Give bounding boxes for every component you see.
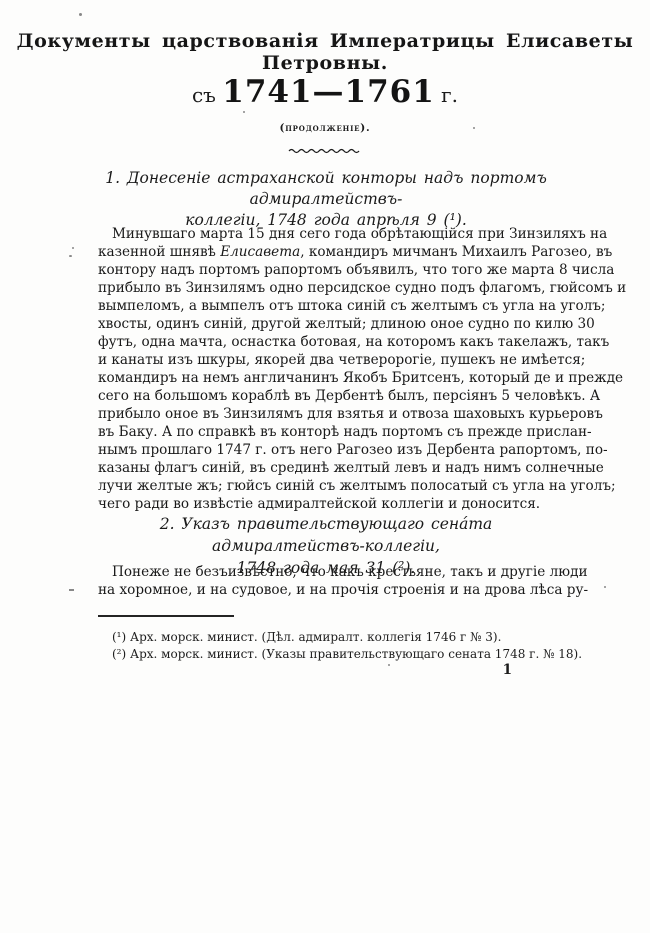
text-line: прибыло оное въ Зинзилямъ для взятья и о… [98,405,554,423]
text-line: командиръ на немъ англичанинъ Якобъ Брит… [98,369,554,387]
section-1-heading: 1. Донесеніе астраханской конторы надъ п… [98,168,554,231]
page-title: Документы царствованія Императрицы Елиса… [0,30,650,74]
date-suffix: г. [435,83,458,107]
footnotes: (¹) Арх. морск. минист. (Дѣл. адмиралт. … [98,629,554,662]
text-line: (¹) Арх. морск. минист. (Дѣл. адмиралт. … [98,629,554,646]
text-line: хвосты, одинъ синій, другой желтый; длин… [98,315,554,333]
scanned-book-page: Документы царствованія Императрицы Елиса… [0,0,650,933]
section-2-paragraph: Понеже не безъизвѣстно, что какъ крестья… [98,563,554,599]
wavy-divider-icon [288,147,362,155]
page-number: 1 [98,662,554,678]
text-line: 1. Донесеніе астраханской конторы надъ п… [98,168,554,210]
text-line: (²) Арх. морск. минист. (Указы правитель… [98,646,554,663]
section-1-paragraph: Минувшаго марта 15 дня сего года обрѣтаю… [98,225,554,513]
wavy-divider [0,147,650,155]
date-range: съ 1741—1761 г. [0,74,650,110]
text-line: лучи желтые жъ; гюйсъ синій съ желтымъ п… [98,477,554,495]
scan-speck [473,127,475,129]
text-line: прибыло въ Зинзилямъ одно персидское суд… [98,279,554,297]
text-line: чего ради во извѣстіе адмиралтейской кол… [98,495,554,513]
text-line: футъ, одна мачта, оснастка ботовая, на к… [98,333,554,351]
date-years: 1741—1761 [222,74,435,110]
scan-speck [69,255,72,257]
text-line: сего на большомъ кораблѣ въ Дербентѣ был… [98,387,554,405]
text-line: въ Баку. А по справкѣ въ конторѣ надъ по… [98,423,554,441]
text-line: вымпеломъ, а вымпелъ отъ штока синій съ … [98,297,554,315]
text-line: нымъ прошлаго 1747 г. отъ него Рагозео и… [98,441,554,459]
text-line: 2. Указъ правительствующаго сена́та адми… [98,513,554,557]
scan-speck [388,664,390,666]
text-line: казенной шнявѣ Елисавета, командиръ мичм… [98,243,554,261]
scan-speck [72,247,74,249]
scan-speck [243,111,245,113]
scan-speck [69,589,74,591]
text-line: Минувшаго марта 15 дня сего года обрѣтаю… [98,225,554,243]
date-prefix: съ [192,83,222,107]
text-line: контору надъ портомъ рапортомъ объявилъ,… [98,261,554,279]
scan-speck [604,586,606,588]
text-line: и канаты изъ шкуры, якорей два четвероро… [98,351,554,369]
text-line: на хоромное, и на судовое, и на прочія с… [98,581,554,599]
text-line: Понеже не безъизвѣстно, что какъ крестья… [98,563,554,581]
text-line: казаны флагъ синій, въ срединѣ желтый ле… [98,459,554,477]
continuation-note: (продолженіе). [0,122,650,134]
footnote-separator [98,615,234,617]
scan-speck [79,13,82,16]
